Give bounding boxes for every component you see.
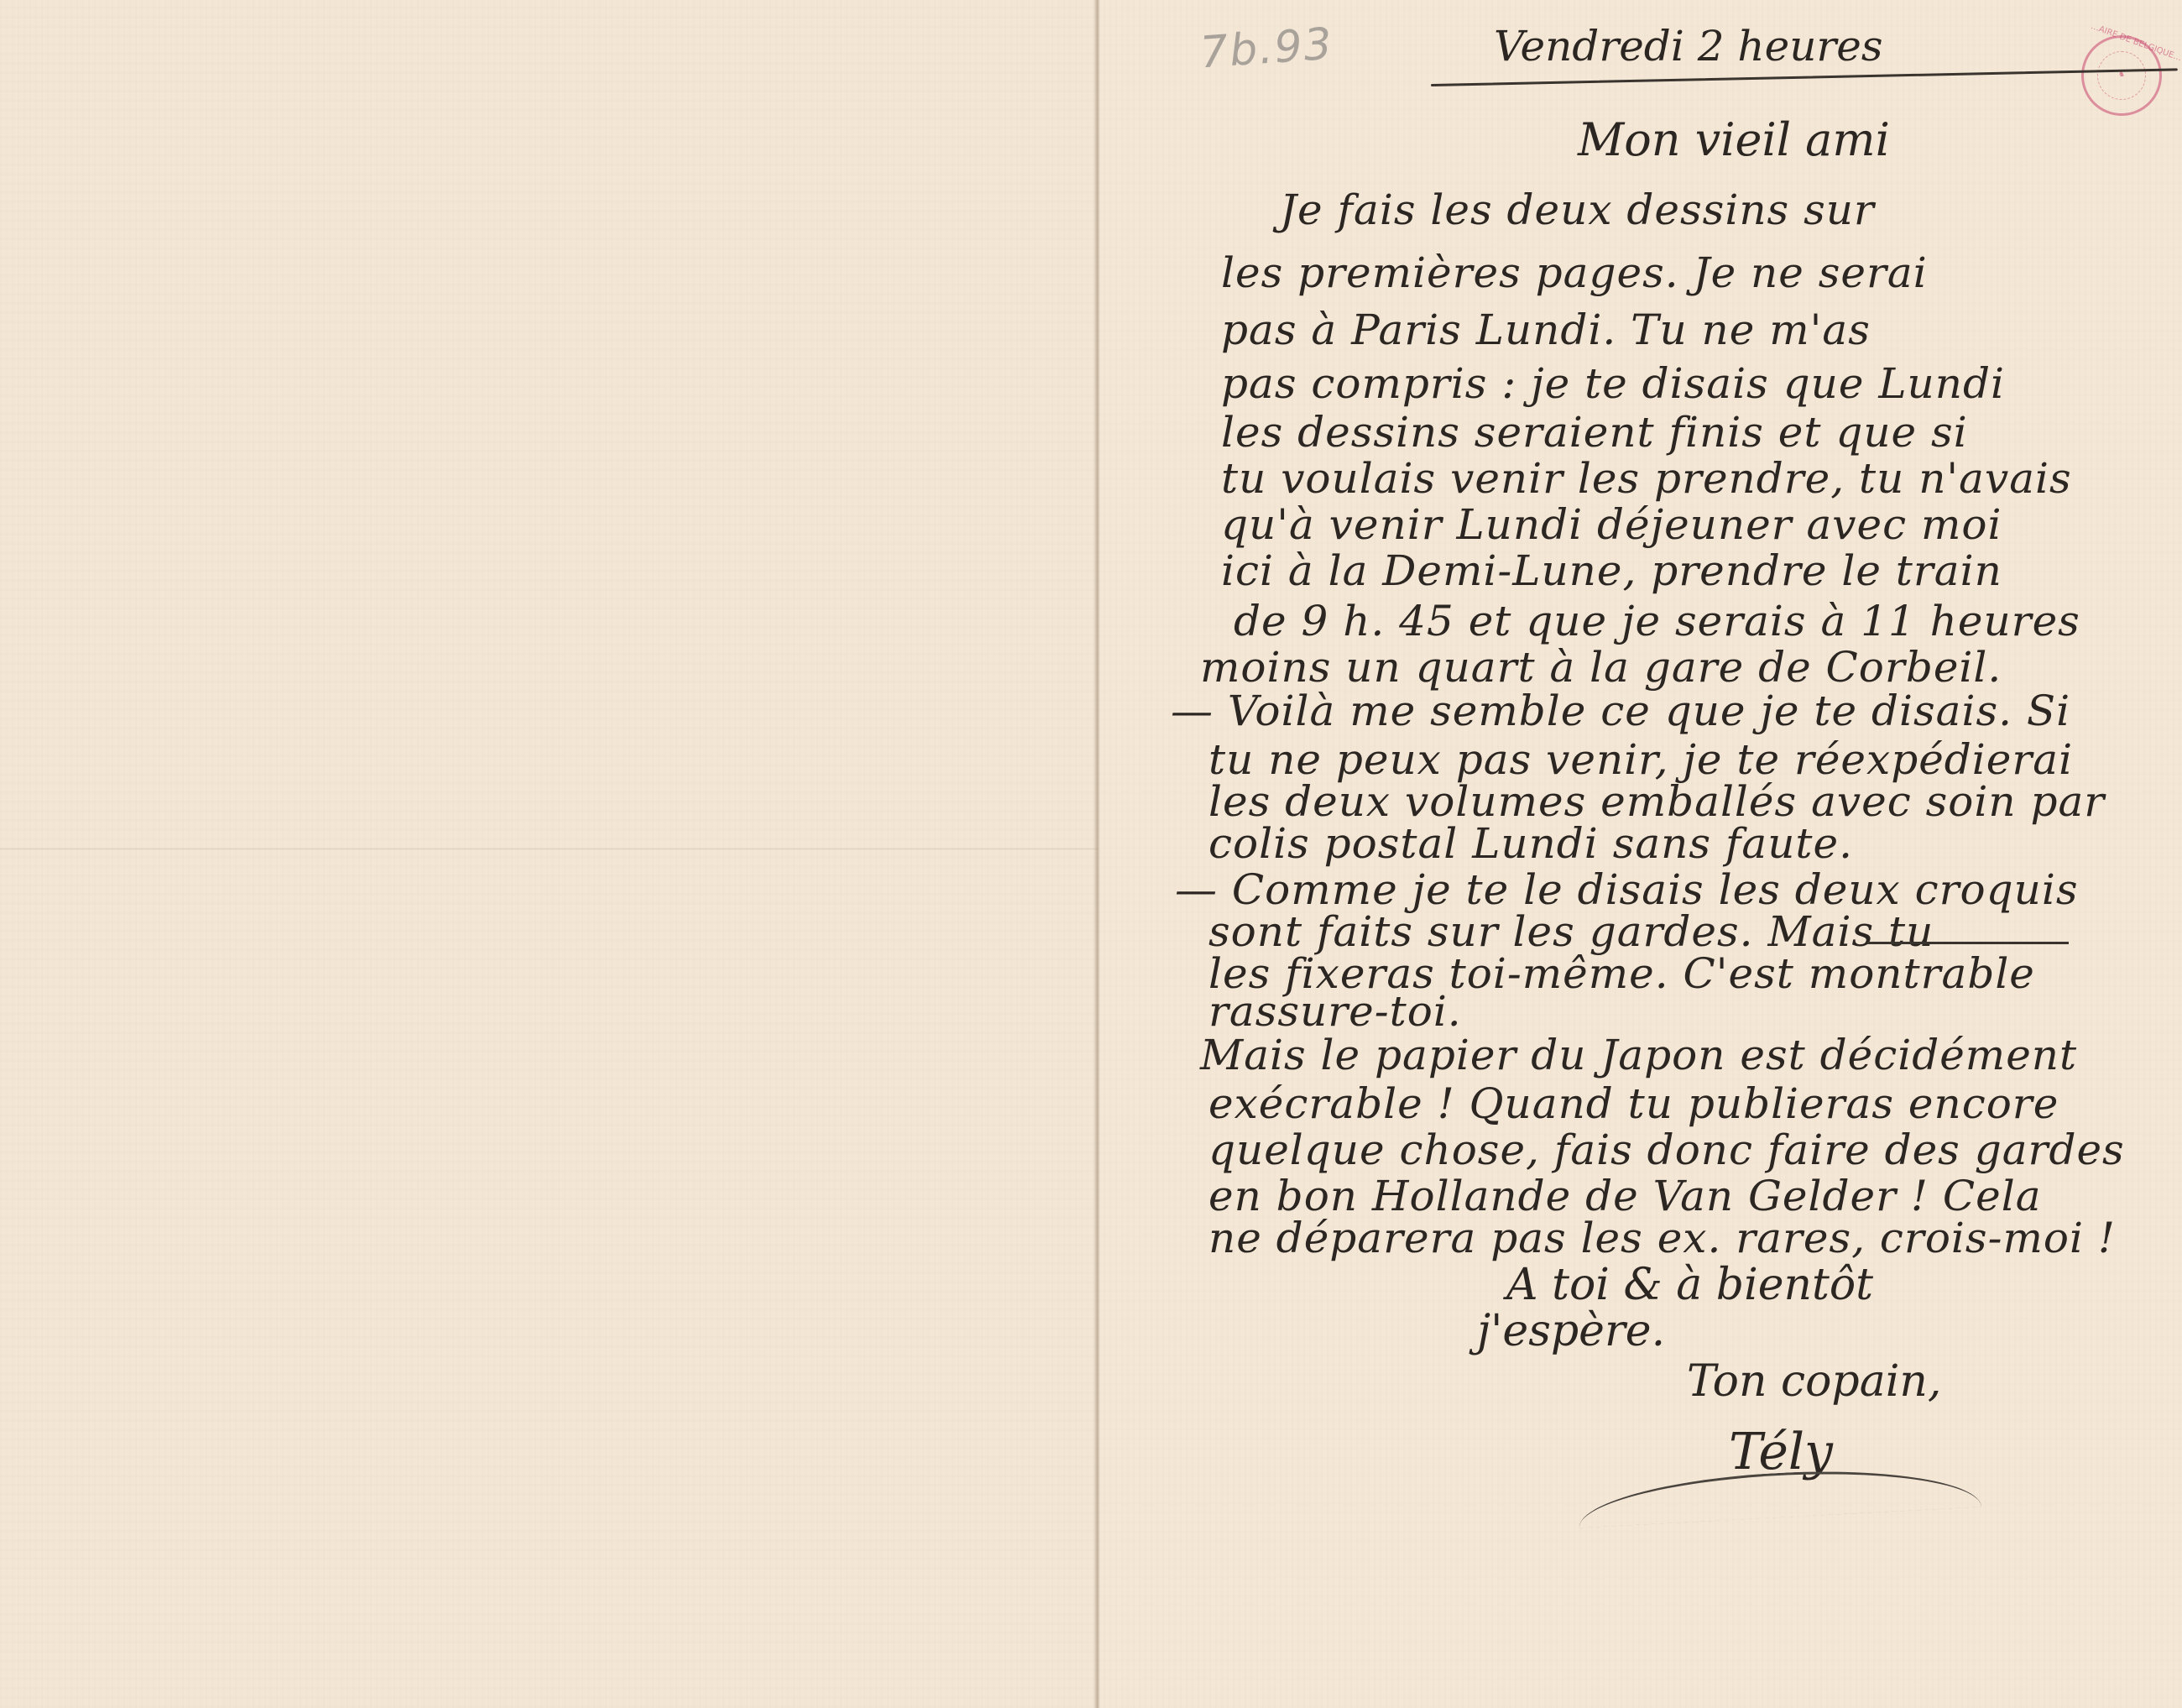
dateline: Vendredi 2 heures [1494, 25, 1883, 67]
letter-line: Mais le papier du Japon est décidément [1200, 1034, 2077, 1076]
letter-line: de 9 h. 45 et que je serais à 11 heures [1234, 600, 2080, 642]
left-page-blank [0, 0, 1098, 1708]
letter-line: quelque chose, fais donc faire des garde… [1208, 1129, 2125, 1171]
letter-line: rassure-toi. [1208, 990, 1462, 1032]
underline-montrable [1867, 942, 2069, 944]
lion-emblem-icon: ♞ [2097, 51, 2146, 100]
letter-line: colis postal Lundi sans faute. [1208, 823, 1853, 864]
letter-line: en bon Hollande de Van Gelder ! Cela [1208, 1175, 2042, 1217]
letter-line: exécrable ! Quand tu publieras encore [1208, 1083, 2059, 1125]
letter-line: moins un quart à la gare de Corbeil. [1200, 646, 2002, 688]
letter-line: les dessins seraient finis et que si [1221, 411, 1968, 453]
letter-line: tu voulais venir les prendre, tu n'avais [1221, 457, 2072, 499]
letter-line: les deux volumes emballés avec soin par [1208, 781, 2105, 823]
letter-line: tu ne peux pas venir, je te réexpédierai [1208, 739, 2073, 781]
archive-number: 7b.93 [1198, 19, 1335, 79]
letter-line: ici à la Demi-Lune, prendre le train [1221, 550, 2002, 592]
letter-line: pas à Paris Lundi. Tu ne m'as [1221, 309, 1871, 351]
library-stamp: ♞ …AIRE DE BELGIQUE… [2081, 35, 2162, 116]
horizontal-fold-crease [0, 848, 1098, 850]
letter-line: les premières pages. Je ne serai [1221, 252, 1928, 294]
signature: Tély [1729, 1427, 1833, 1477]
valediction: Ton copain, [1687, 1360, 1941, 1403]
page-fold-gutter [1094, 0, 1100, 1708]
letter-line: — Comme je te le disais les deux croquis [1175, 869, 2079, 911]
letter-line: pas compris : je te disais que Lundi [1221, 363, 2005, 405]
letter-line: sont faits sur les gardes. Mais tu [1208, 911, 1934, 953]
letter-line: — Voilà me semble ce que je te disais. S… [1171, 690, 2070, 732]
closing-line: j'espère. [1477, 1309, 1665, 1353]
letter-line: qu'à venir Lundi déjeuner avec moi [1221, 504, 2002, 546]
salutation: Mon vieil ami [1578, 118, 1890, 163]
letter-line: ne déparera pas les ex. rares, crois-moi… [1208, 1217, 2116, 1259]
closing-line: A toi & à bientôt [1506, 1263, 1873, 1307]
letter-line: Je fais les deux dessins sur [1280, 189, 1875, 231]
